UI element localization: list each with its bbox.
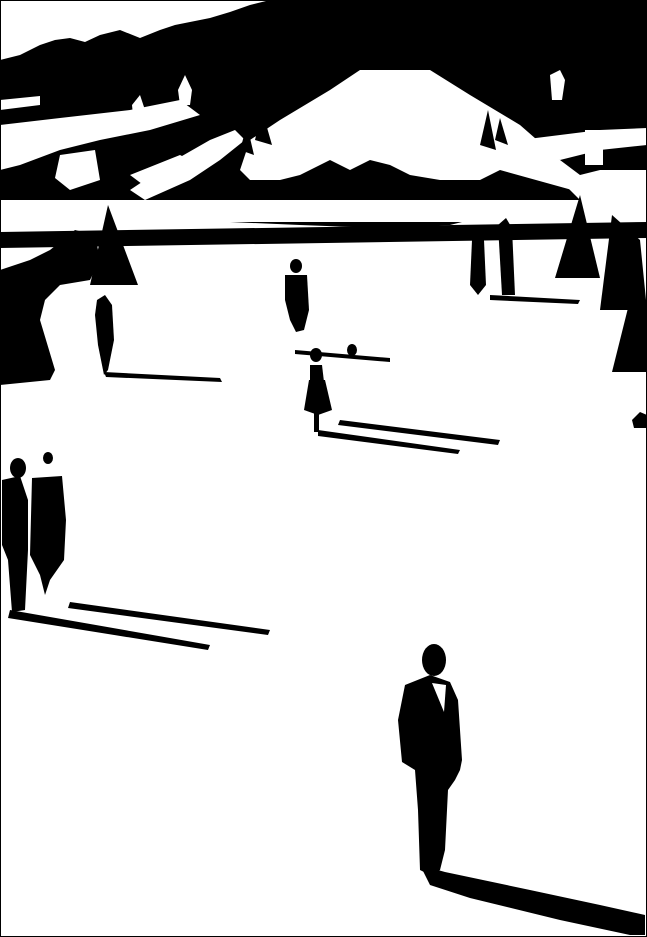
photograph — [0, 0, 647, 937]
